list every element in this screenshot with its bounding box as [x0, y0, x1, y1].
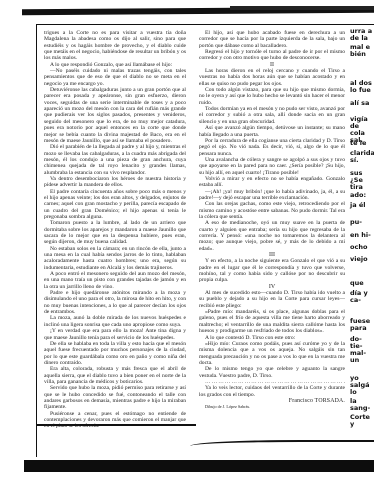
paragraph: Servido que hubo la moza, pidió permiso …: [44, 385, 186, 410]
paragraph: Padre e hijo quedáronse atónitos mirando…: [44, 290, 186, 315]
paragraph: Todos dormían ya en el mesón y no pudo s…: [199, 106, 345, 125]
margin-note: yo salgá lo: [350, 375, 374, 396]
paragraph: —No paséis cuidado ni malas trazas tengá…: [44, 68, 186, 87]
left-column: trigues a la Corte no es para visitar a …: [44, 30, 186, 430]
paragraph: A eso de medianoche, oyó un muy suave en…: [199, 220, 345, 252]
margin-note: viejo: [350, 256, 374, 263]
margin-note: claridad sí.: [350, 150, 374, 164]
paragraph: Dió el parabién de la llegada al padre y…: [44, 144, 186, 176]
paragraph: «Padre mío: mandaréis, si os place, algu…: [199, 309, 345, 334]
paragraph: El hijo, así que hubo acabado fuese en d…: [199, 30, 345, 49]
paragraph: Una avalancha de cólera y sangre se agol…: [199, 157, 345, 176]
margin-note: urra a de la: [350, 28, 374, 42]
margin-note: día y ca-: [350, 290, 374, 304]
paragraph: Regresó el hijo y tornóle el turno al pa…: [199, 49, 345, 62]
paragraph: Va dentro desembociaron los héroes de nu…: [44, 176, 186, 189]
margin-note: te le: [350, 140, 374, 147]
paragraph: Con las orejas gachas, como este viejo, …: [199, 201, 345, 220]
paragraph: Con todo algún vistazo, para que su hijo…: [199, 87, 345, 106]
paragraph: —¡Ah! ¡ya! muy bribón! ¡que lo había adi…: [199, 189, 345, 202]
right-column: El hijo, así que hubo acabado fuese en d…: [199, 30, 345, 411]
paragraph: Por la cerradura de ella cogíanse una ci…: [199, 138, 345, 157]
top-border-ornament: [230, 6, 374, 10]
paragraph: De ella se hablaba en toda la villa y es…: [44, 341, 186, 366]
margin-note: en hi-: [350, 232, 374, 239]
margin-note: sus ¿Se tira: [350, 170, 374, 191]
margin-note: al dos lo fue: [350, 80, 374, 94]
paragraph: Era alta, colorada, robusta y más fresca…: [44, 366, 186, 385]
paragraph: Y en efecto, a la noche siguiente era Go…: [199, 258, 345, 283]
margin-note: ja él: [350, 202, 374, 209]
margin-note: ado:: [350, 192, 374, 199]
paragraph: El padre contaría cincuenta años sobre p…: [44, 189, 186, 221]
margin-note: fuese para: [350, 318, 374, 332]
margin-note: Corte y: [350, 414, 374, 428]
paragraph: Tomaron puesto a la lumbre, al lado de u…: [44, 220, 186, 245]
margin-note: que: [350, 280, 374, 287]
paragraph: «Hijo mío: Curaos como podáis, pues así …: [199, 341, 345, 366]
paragraph: De lo mismo tengo yo que celebre y aguan…: [199, 366, 345, 379]
margin-note: do- tie- mal- un: [350, 336, 374, 364]
paragraph: A poco entró el mesonero seguido del aun…: [44, 271, 186, 290]
bottom-curve-ornament: [190, 440, 374, 450]
paragraph: ¡Y en verdad que era para ello la moza! …: [44, 328, 186, 341]
margin-note: la sang-: [350, 398, 374, 412]
paragraph: Las horas dieron en el reloj cercano y c…: [199, 68, 345, 87]
paragraph: No estaban solos en la cámara; en un rin…: [44, 246, 186, 271]
paragraph: Volvió a mirar y en efecto no se había e…: [199, 176, 345, 189]
bottom-border-rule: [24, 460, 374, 472]
margin-note: pu-: [350, 219, 374, 226]
illustration-credit: Dibujo de J. López Sabrás.: [199, 404, 345, 410]
paragraph: Al mes de sucedido esto—cuando D. Tirso …: [199, 290, 345, 309]
paragraph: Detuviéronse las cabalgaduras junto a un…: [44, 87, 186, 144]
paragraph: trigues a la Corte no es para visitar a …: [44, 30, 186, 62]
closing-paragraph: Ya lo veis lector, cuidaos del ventarril…: [199, 385, 345, 398]
margin-note: ocho: [350, 244, 374, 251]
paragraph: La moza, aunó la doble mirada de los nue…: [44, 315, 186, 328]
paragraph: Así que avanzó algún tiempo, detúvose un…: [199, 125, 345, 138]
margin-note: mal e bién: [350, 44, 374, 58]
paragraph: Pusiéronse a cenar, pues el estómago no …: [44, 411, 186, 430]
margin-note: alí sa: [350, 100, 374, 107]
